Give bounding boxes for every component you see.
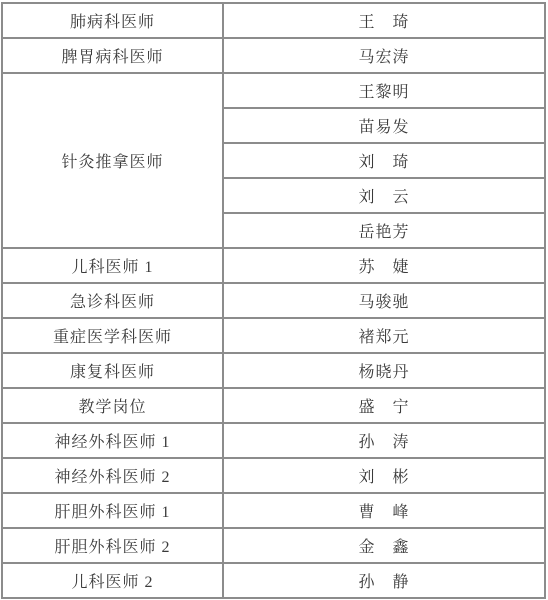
position-cell: 针灸推拿医师 (2, 73, 223, 248)
name-cell: 王 琦 (223, 3, 545, 38)
position-cell: 重症医学科医师 (2, 318, 223, 353)
name-cell: 刘 彬 (223, 458, 545, 493)
position-cell: 神经外科医师 1 (2, 423, 223, 458)
position-cell: 肝胆外科医师 1 (2, 493, 223, 528)
position-cell: 脾胃病科医师 (2, 38, 223, 73)
position-cell: 急诊科医师 (2, 283, 223, 318)
name-cell: 金 鑫 (223, 528, 545, 563)
name-cell: 苏 婕 (223, 248, 545, 283)
position-cell: 肺病科医师 (2, 3, 223, 38)
table-row: 肺病科医师王 琦 (2, 3, 545, 38)
table-row: 儿科医师 1苏 婕 (2, 248, 545, 283)
name-cell: 刘 琦 (223, 143, 545, 178)
position-cell: 肝胆外科医师 2 (2, 528, 223, 563)
table-row: 神经外科医师 1孙 涛 (2, 423, 545, 458)
table-row: 神经外科医师 2刘 彬 (2, 458, 545, 493)
name-cell: 孙 静 (223, 563, 545, 598)
table-row: 针灸推拿医师王黎明 (2, 73, 545, 108)
position-cell: 神经外科医师 2 (2, 458, 223, 493)
table-row: 康复科医师杨晓丹 (2, 353, 545, 388)
table-row: 教学岗位盛 宁 (2, 388, 545, 423)
table-row: 急诊科医师马骏驰 (2, 283, 545, 318)
table-row: 肝胆外科医师 1曹 峰 (2, 493, 545, 528)
name-cell: 曹 峰 (223, 493, 545, 528)
name-cell: 王黎明 (223, 73, 545, 108)
position-cell: 儿科医师 1 (2, 248, 223, 283)
table-row: 肝胆外科医师 2金 鑫 (2, 528, 545, 563)
name-cell: 马宏涛 (223, 38, 545, 73)
name-cell: 马骏驰 (223, 283, 545, 318)
staff-table-body: 肺病科医师王 琦脾胃病科医师马宏涛针灸推拿医师王黎明苗易发刘 琦刘 云岳艳芳儿科… (2, 3, 545, 598)
name-cell: 盛 宁 (223, 388, 545, 423)
table-row: 脾胃病科医师马宏涛 (2, 38, 545, 73)
position-cell: 教学岗位 (2, 388, 223, 423)
name-cell: 刘 云 (223, 178, 545, 213)
name-cell: 褚郑元 (223, 318, 545, 353)
position-cell: 儿科医师 2 (2, 563, 223, 598)
position-cell: 康复科医师 (2, 353, 223, 388)
name-cell: 杨晓丹 (223, 353, 545, 388)
name-cell: 岳艳芳 (223, 213, 545, 248)
name-cell: 孙 涛 (223, 423, 545, 458)
table-row: 儿科医师 2孙 静 (2, 563, 545, 598)
staff-table: 肺病科医师王 琦脾胃病科医师马宏涛针灸推拿医师王黎明苗易发刘 琦刘 云岳艳芳儿科… (1, 2, 546, 599)
name-cell: 苗易发 (223, 108, 545, 143)
table-row: 重症医学科医师褚郑元 (2, 318, 545, 353)
